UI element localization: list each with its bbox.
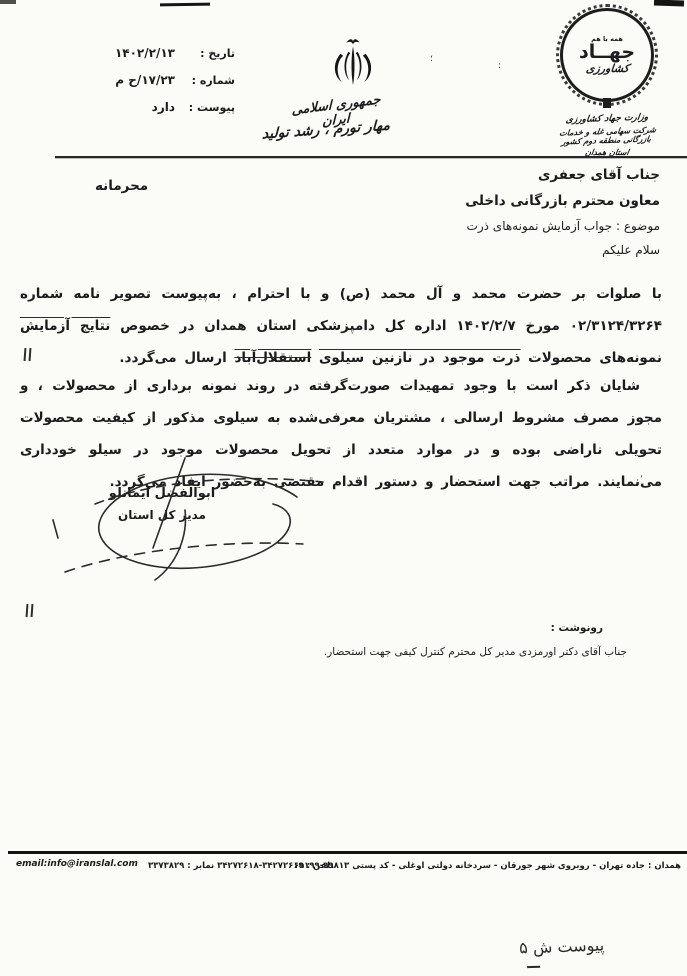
- number-row: شماره : ۱۷/۲۳/ح م: [50, 73, 235, 87]
- letter-meta-block: تاریخ : ۱۴۰۲/۲/۱۳ شماره : ۱۷/۲۳/ح م پیوس…: [50, 46, 235, 127]
- handwritten-underline: [527, 966, 540, 968]
- cc-recipient: جناب آقای دکتر اورمزدی مدیر کل محترم کنت…: [324, 646, 627, 658]
- jahad-keshavarzi-seal-icon: همه با هم جهــاد کشاورزی: [560, 8, 654, 102]
- handwritten-note-text: پیوست ش ۵: [518, 936, 605, 958]
- cc-label: رونوشت :: [551, 622, 603, 634]
- scan-artifact-dash: [160, 3, 210, 7]
- p1-text: با صلوات بر حضرت محمد و آل محمد (ص) و با…: [20, 286, 662, 334]
- scan-speck: ؛: [430, 55, 433, 64]
- p1-underlined-text: نتایج آزمایش: [20, 318, 110, 334]
- confidential-stamp: محرمانه: [95, 178, 148, 194]
- attachment-label: پیوست :: [183, 101, 235, 114]
- header-divider: [55, 156, 687, 158]
- recipient-name: جناب آقای جعفری: [465, 167, 660, 183]
- body-paragraph-2: شایان ذکر است با وجود تمهیدات صورت‌گرفته…: [20, 370, 662, 498]
- scanned-letter-page: ؛ : ٬ همه با هم جهــاد کشاورزی وزارت جها…: [0, 0, 687, 976]
- scan-speck: :: [498, 62, 501, 71]
- salutation: سلام علیکم: [465, 243, 660, 257]
- date-label: تاریخ :: [183, 47, 235, 60]
- p1-text: ارسال می‌گردد.: [119, 350, 234, 366]
- number-value: ۱۷/۲۳/ح م: [115, 73, 175, 87]
- recipient-title: معاون محترم بازرگانی داخلی: [465, 193, 660, 209]
- footer-phone: تلفن : ۳۴۲۷۲۶۱۹-۳۴۲۷۲۶۱۸ نمابر : ۳۳۷۳۸۲۹: [148, 861, 333, 871]
- logo-subtitle: کشاورزی: [585, 62, 629, 75]
- signature-block: ابوالفضل ایمانلو مدیر کل استان: [92, 486, 232, 522]
- attachment-row: پیوست : دارد: [50, 100, 235, 114]
- company-name: شرکت سهامی غله و خدمات بازرگانی منطقه دو…: [547, 125, 666, 147]
- body-paragraph-1: با صلوات بر حضرت محمد و آل محمد (ص) و با…: [20, 278, 662, 374]
- p1-underlined-text: ذرت موجود در نازنین سیلوی: [319, 350, 520, 366]
- footer-divider: [8, 851, 687, 854]
- date-value: ۱۴۰۲/۲/۱۳: [115, 46, 175, 60]
- attachment-value: دارد: [152, 100, 175, 114]
- footer-address: همدان : جاده تهران - روبروی شهر جورقان -…: [294, 861, 681, 871]
- scan-stray-marks: [26, 604, 32, 617]
- logo-title: جهــاد: [579, 43, 635, 63]
- p1-struck-text: استقلال‌آباد: [235, 350, 312, 366]
- signer-name: ابوالفضل ایمانلو: [92, 486, 232, 501]
- subject-line: موضوع : جواب آزمایش نمونه‌های ذرت: [465, 219, 660, 233]
- scan-artifact-corner-right: [654, 0, 684, 7]
- number-label: شماره :: [183, 74, 235, 87]
- date-row: تاریخ : ۱۴۰۲/۲/۱۳: [50, 46, 235, 60]
- footer-email: email:info@iranslal.com: [16, 859, 138, 869]
- iran-national-emblem-icon: [318, 34, 388, 100]
- recipient-block: جناب آقای جعفری معاون محترم بازرگانی داخ…: [465, 167, 660, 257]
- signer-title: مدیر کل استان: [92, 508, 232, 522]
- scan-artifact-corner-left: [0, 0, 16, 4]
- p1-text: [311, 350, 319, 366]
- ministry-name: وزارت جهاد کشاورزی: [548, 112, 666, 126]
- handwritten-attachment-note: پیوست ش ۵: [518, 934, 660, 958]
- jahad-keshavarzi-logo-block: همه با هم جهــاد کشاورزی وزارت جهاد کشاو…: [549, 8, 665, 157]
- p1-text: نمونه‌های محصولات: [520, 350, 662, 366]
